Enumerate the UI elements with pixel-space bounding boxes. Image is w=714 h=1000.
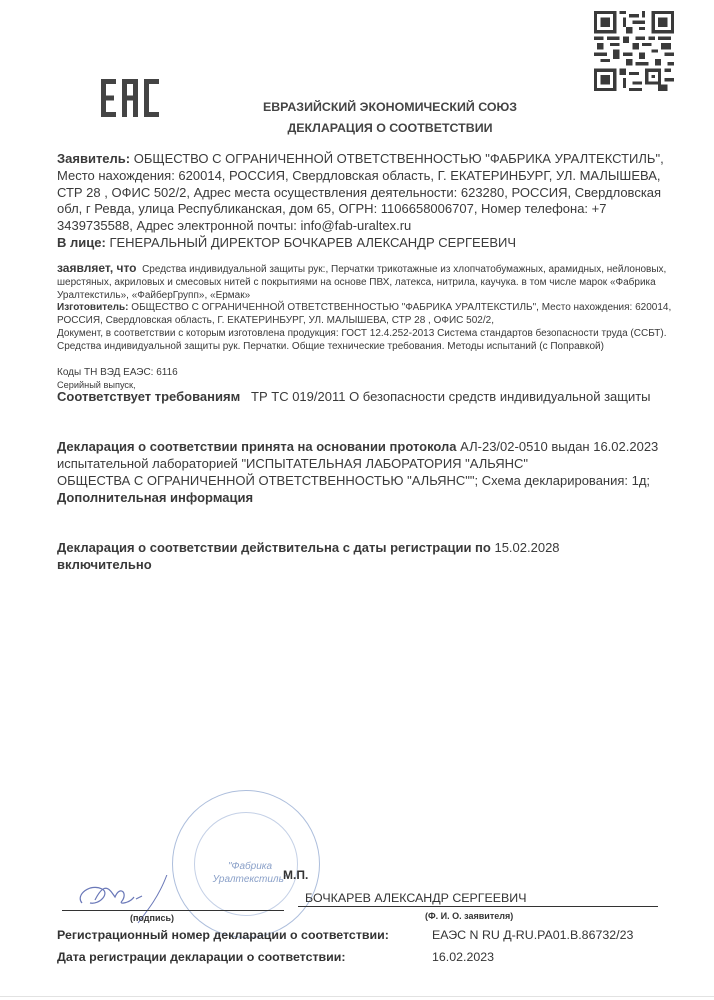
page-bottom-edge (0, 996, 714, 997)
signature-line (62, 910, 284, 911)
protocol-org: ОБЩЕСТВА С ОГРАНИЧЕННОЙ ОТВЕТСТВЕННОСТЬЮ… (57, 473, 677, 490)
conforms-label: Соответствует требованиям (57, 389, 240, 404)
conforms-section: Соответствует требованиям ТР ТС 019/2011… (57, 389, 677, 406)
qr-code (594, 11, 674, 91)
registration-date-label: Дата регистрации декларации о соответств… (57, 950, 346, 964)
manufacturer-label: Изготовитель: (57, 302, 129, 313)
applicant-label: Заявитель: (57, 151, 130, 166)
protocol-number: АЛ-23/02-0510 выдан 16.02.2023 (460, 439, 658, 454)
represented-by-label: В лице: (57, 235, 106, 250)
protocol-lab: испытательной лабораторией "ИСПЫТАТЕЛЬНА… (57, 456, 677, 473)
union-heading: ЕВРАЗИЙСКИЙ ЭКОНОМИЧЕСКИЙ СОЮЗ (0, 100, 714, 114)
validity-label: Декларация о соответствии действительна … (57, 540, 491, 555)
document-title: ДЕКЛАРАЦИЯ О СООТВЕТСТВИИ (0, 121, 714, 135)
signature-caption: (подпись) (130, 913, 174, 923)
protocol-section: Декларация о соответствии принята на осн… (57, 439, 677, 489)
validity-section: Декларация о соответствии действительна … (57, 540, 677, 574)
stamp-mark: М.П. (283, 868, 308, 882)
registration-number-label: Регистрационный номер декларации о соотв… (57, 928, 389, 942)
applicant-section: Заявитель: ОБЩЕСТВО С ОГРАНИЧЕННОЙ ОТВЕТ… (57, 151, 677, 235)
qr-code-icon (594, 11, 674, 91)
validity-date: 15.02.2028 (494, 540, 559, 555)
applicant-text: ОБЩЕСТВО С ОГРАНИЧЕННОЙ ОТВЕТСТВЕННОСТЬЮ… (57, 151, 664, 233)
document-basis: Документ, в соответствии с которым изгот… (57, 327, 677, 353)
declares-section: заявляет, что Средства индивидуальной за… (57, 262, 677, 303)
registration-number-value: ЕАЭС N RU Д-RU.PA01.B.86732/23 (432, 928, 633, 942)
tn-ved-codes: Коды ТН ВЭД ЕАЭС: 6116 (57, 366, 677, 379)
declares-label: заявляет, что (57, 261, 137, 275)
protocol-label: Декларация о соответствии принята на осн… (57, 439, 457, 454)
manufacturer-section: Изготовитель: ОБЩЕСТВО С ОГРАНИЧЕННОЙ ОТ… (57, 301, 677, 327)
registration-date-value: 16.02.2023 (432, 950, 494, 964)
manufacturer-text: ОБЩЕСТВО С ОГРАНИЧЕННОЙ ОТВЕТСТВЕННОСТЬЮ… (57, 302, 671, 326)
represented-by-text: ГЕНЕРАЛЬНЫЙ ДИРЕКТОР БОЧКАРЕВ АЛЕКСАНДР … (109, 235, 516, 250)
declares-text: Средства индивидуальной защиты рук:, Пер… (57, 264, 666, 301)
represented-by-section: В лице: ГЕНЕРАЛЬНЫЙ ДИРЕКТОР БОЧКАРЕВ АЛ… (57, 235, 677, 252)
signatory-name: БОЧКАРЕВ АЛЕКСАНДР СЕРГЕЕВИЧ (305, 891, 526, 905)
name-line (298, 906, 658, 907)
conforms-text: ТР ТС 019/2011 О безопасности средств ин… (251, 389, 651, 404)
name-caption: (Ф. И. О. заявителя) (425, 911, 513, 921)
validity-suffix: включительно (57, 557, 677, 574)
additional-info-label: Дополнительная информация (57, 490, 677, 507)
